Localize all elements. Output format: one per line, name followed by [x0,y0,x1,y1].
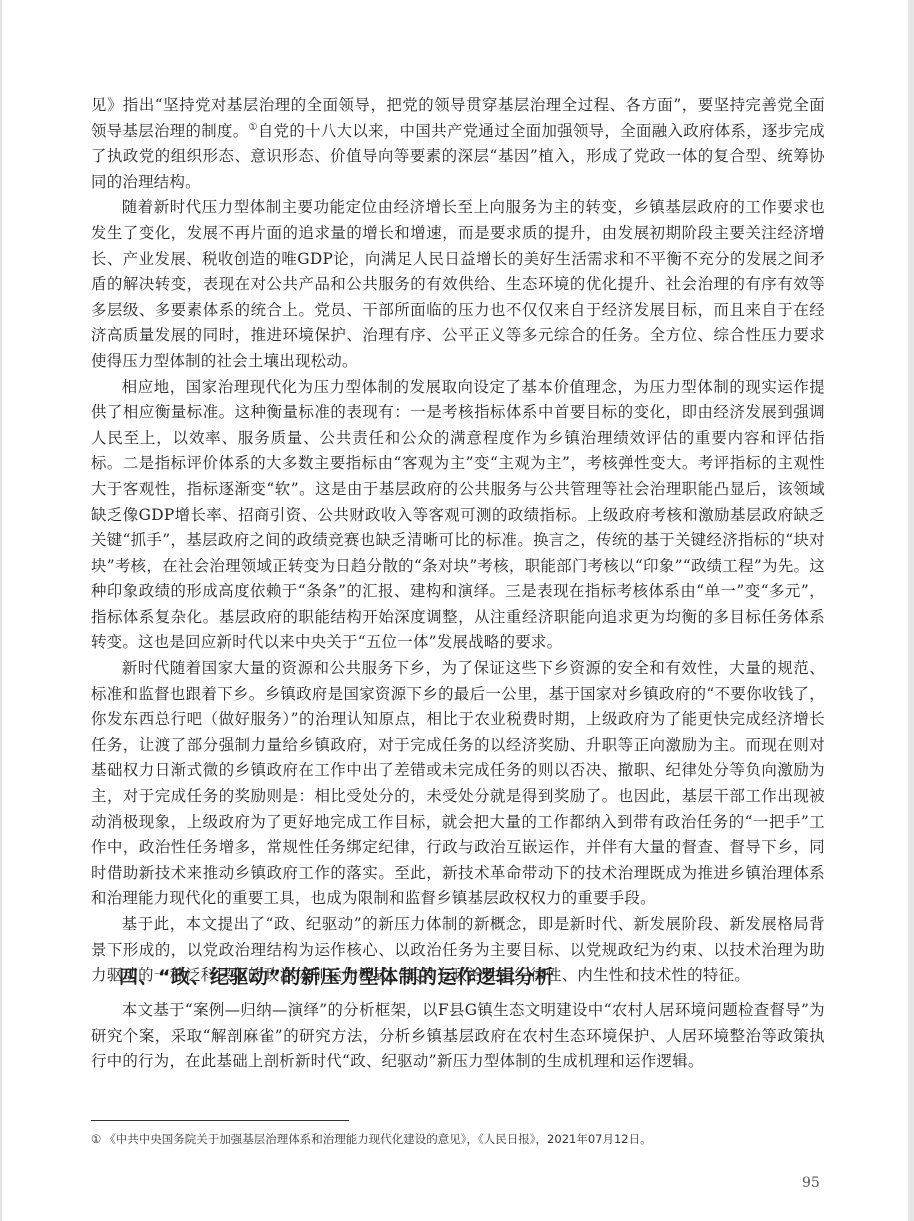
footnote-text: 《中共中央国务院关于加强基层治理体系和治理能力现代化建设的意见》，《人民日报》，… [104,1132,651,1146]
paragraph: 本文基于“案例—归纳—演绎”的分析框架，以F县G镇生态文明建设中“农村人居环境问… [91,998,825,1075]
section-body-text: 本文基于“案例—归纳—演绎”的分析框架，以F县G镇生态文明建设中“农村人居环境问… [91,998,825,1075]
footnote-divider [91,1120,349,1121]
document-page: 见》指出“坚持党对基层治理的全面领导，把党的领导贯穿基层治理全过程、各方面”，要… [0,0,908,1221]
paragraph: 随着新时代压力型体制主要功能定位由经济增长至上向服务为主的转变，乡镇基层政府的工… [91,195,825,374]
paragraph-continuation: 见》指出“坚持党对基层治理的全面领导，把党的领导贯穿基层治理全过程、各方面”，要… [91,93,825,195]
paragraph: 新时代随着国家大量的资源和公共服务下乡，为了保证这些下乡资源的安全和有效性，大量… [91,656,825,912]
footnote-reference[interactable]: ① [249,121,258,132]
section-heading: 四、“政、纪驱动”的新压力型体制的运作逻辑分析 [119,962,554,989]
footnote-marker: ① [91,1132,101,1146]
paragraph: 相应地，国家治理现代化为压力型体制的发展取向设定了基本价值理念，为压力型体制的现… [91,375,825,657]
body-text: 见》指出“坚持党对基层治理的全面领导，把党的领导贯穿基层治理全过程、各方面”，要… [91,93,825,989]
footnote: ①《中共中央国务院关于加强基层治理体系和治理能力现代化建设的意见》，《人民日报》… [91,1131,652,1147]
page-number: 95 [802,1175,820,1191]
